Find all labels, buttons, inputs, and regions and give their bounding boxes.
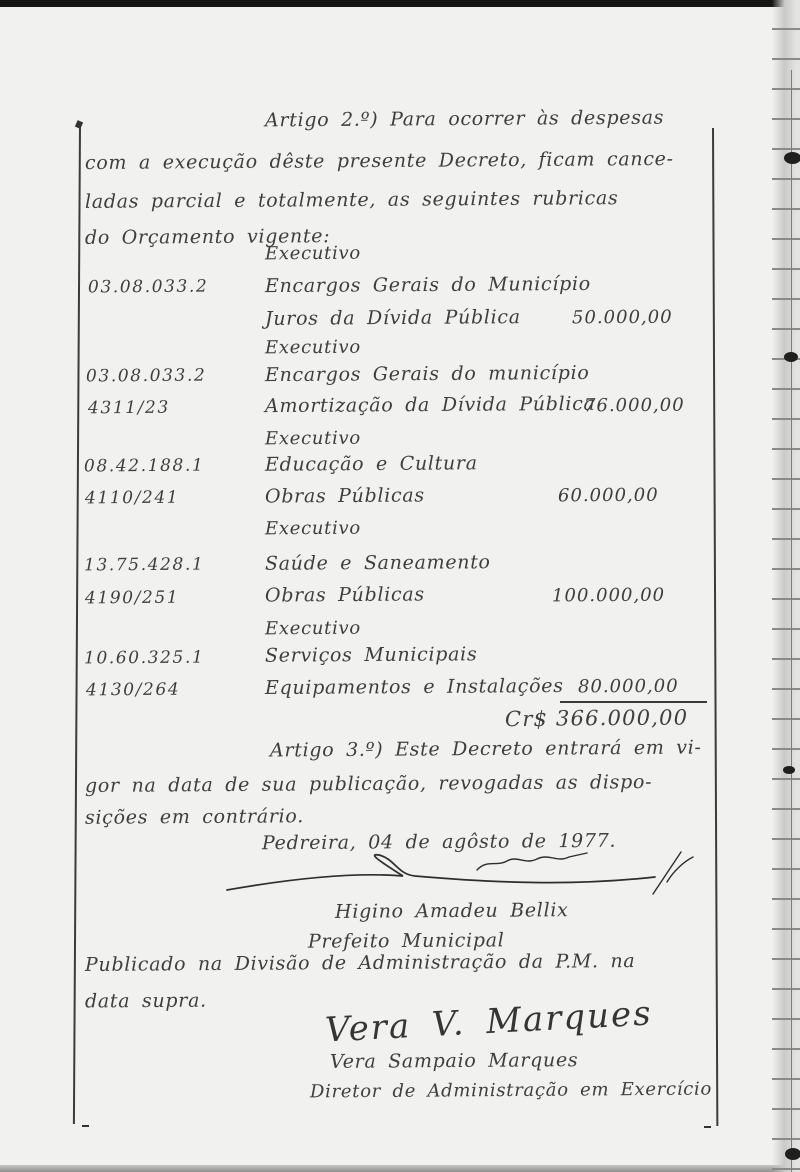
budget-section-heading: Executivo bbox=[265, 243, 361, 265]
budget-code: 4190/251 bbox=[85, 588, 179, 609]
right-margin-rule bbox=[712, 128, 718, 1126]
scanned-decree-page: Artigo 2.º) Para ocorrer às despesas com… bbox=[0, 0, 800, 1172]
binding-band bbox=[772, 0, 800, 1172]
budget-description: Obras Públicas bbox=[265, 484, 425, 507]
budget-section-heading: Executivo bbox=[265, 618, 361, 640]
publication-line: Publicado na Divisão de Administração da… bbox=[85, 950, 636, 976]
total-amount: 366.000,00 bbox=[556, 706, 688, 731]
budget-amount: 60.000,00 bbox=[558, 485, 659, 507]
budget-section-heading: Executivo bbox=[265, 518, 361, 540]
budget-description: Juros da Dívida Pública bbox=[265, 306, 521, 330]
ink-blob bbox=[784, 352, 798, 362]
budget-description: Serviços Municipais bbox=[265, 643, 478, 666]
director-title: Diretor de Administração em Exercício bbox=[310, 1079, 712, 1103]
budget-description: Saúde e Saneamento bbox=[265, 551, 491, 575]
budget-description: Obras Públicas bbox=[265, 583, 425, 606]
budget-code: 4311/23 bbox=[88, 398, 170, 419]
budget-code: 03.08.033.2 bbox=[88, 277, 208, 298]
director-signature: Vera V. Marques bbox=[324, 993, 653, 1050]
article2-line: Artigo 2.º) Para ocorrer às despesas bbox=[265, 107, 664, 132]
budget-description: Amortização da Dívida Pública bbox=[265, 393, 596, 417]
scan-edge-top bbox=[0, 0, 800, 7]
budget-description: Encargos Gerais do Município bbox=[265, 273, 591, 297]
budget-section-heading: Executivo bbox=[265, 337, 361, 359]
budget-amount: 80.000,00 bbox=[578, 676, 679, 698]
article3-line: sições em contrário. bbox=[85, 805, 304, 829]
budget-code: 13.75.428.1 bbox=[84, 555, 204, 576]
total-currency: Cr$ bbox=[505, 707, 548, 731]
budget-code: 08.42.188.1 bbox=[84, 456, 204, 477]
left-margin-rule bbox=[73, 126, 81, 1124]
mayor-name: Higino Amadeu Bellix bbox=[335, 899, 569, 923]
budget-amount: 76.000,00 bbox=[584, 395, 685, 417]
total-rule bbox=[560, 701, 707, 703]
article2-line: com a execução dêste presente Decreto, f… bbox=[85, 148, 674, 174]
ink-blob bbox=[783, 766, 795, 774]
article3-line: gor na data de sua publicação, revogadas… bbox=[85, 771, 652, 797]
budget-description: Encargos Gerais do município bbox=[265, 362, 590, 386]
mayor-signature-scribble bbox=[225, 850, 705, 905]
publication-line: data supra. bbox=[85, 990, 207, 1013]
ink-blob bbox=[785, 1148, 800, 1160]
margin-tick bbox=[82, 1125, 89, 1127]
budget-amount: 50.000,00 bbox=[572, 307, 673, 329]
mayor-title: Prefeito Municipal bbox=[308, 929, 505, 952]
margin-tick bbox=[75, 120, 83, 129]
article3-line: Artigo 3.º) Este Decreto entrará em vi- bbox=[270, 736, 702, 761]
director-name: Vera Sampaio Marques bbox=[330, 1049, 578, 1073]
ink-blob bbox=[784, 152, 800, 164]
budget-code: 4110/241 bbox=[85, 488, 179, 509]
margin-tick bbox=[704, 1126, 711, 1128]
budget-amount: 100.000,00 bbox=[552, 585, 665, 607]
scan-edge-bottom bbox=[0, 1165, 800, 1172]
budget-description: Equipamentos e Instalações bbox=[265, 675, 564, 699]
binding-rule-line bbox=[791, 70, 792, 1172]
budget-code: 10.60.325.1 bbox=[84, 648, 204, 669]
budget-code: 4130/264 bbox=[86, 680, 180, 701]
budget-description: Educação e Cultura bbox=[265, 452, 478, 475]
budget-code: 03.08.033.2 bbox=[86, 366, 206, 387]
budget-section-heading: Executivo bbox=[265, 428, 361, 450]
article2-line: ladas parcial e totalmente, as seguintes… bbox=[85, 187, 619, 213]
